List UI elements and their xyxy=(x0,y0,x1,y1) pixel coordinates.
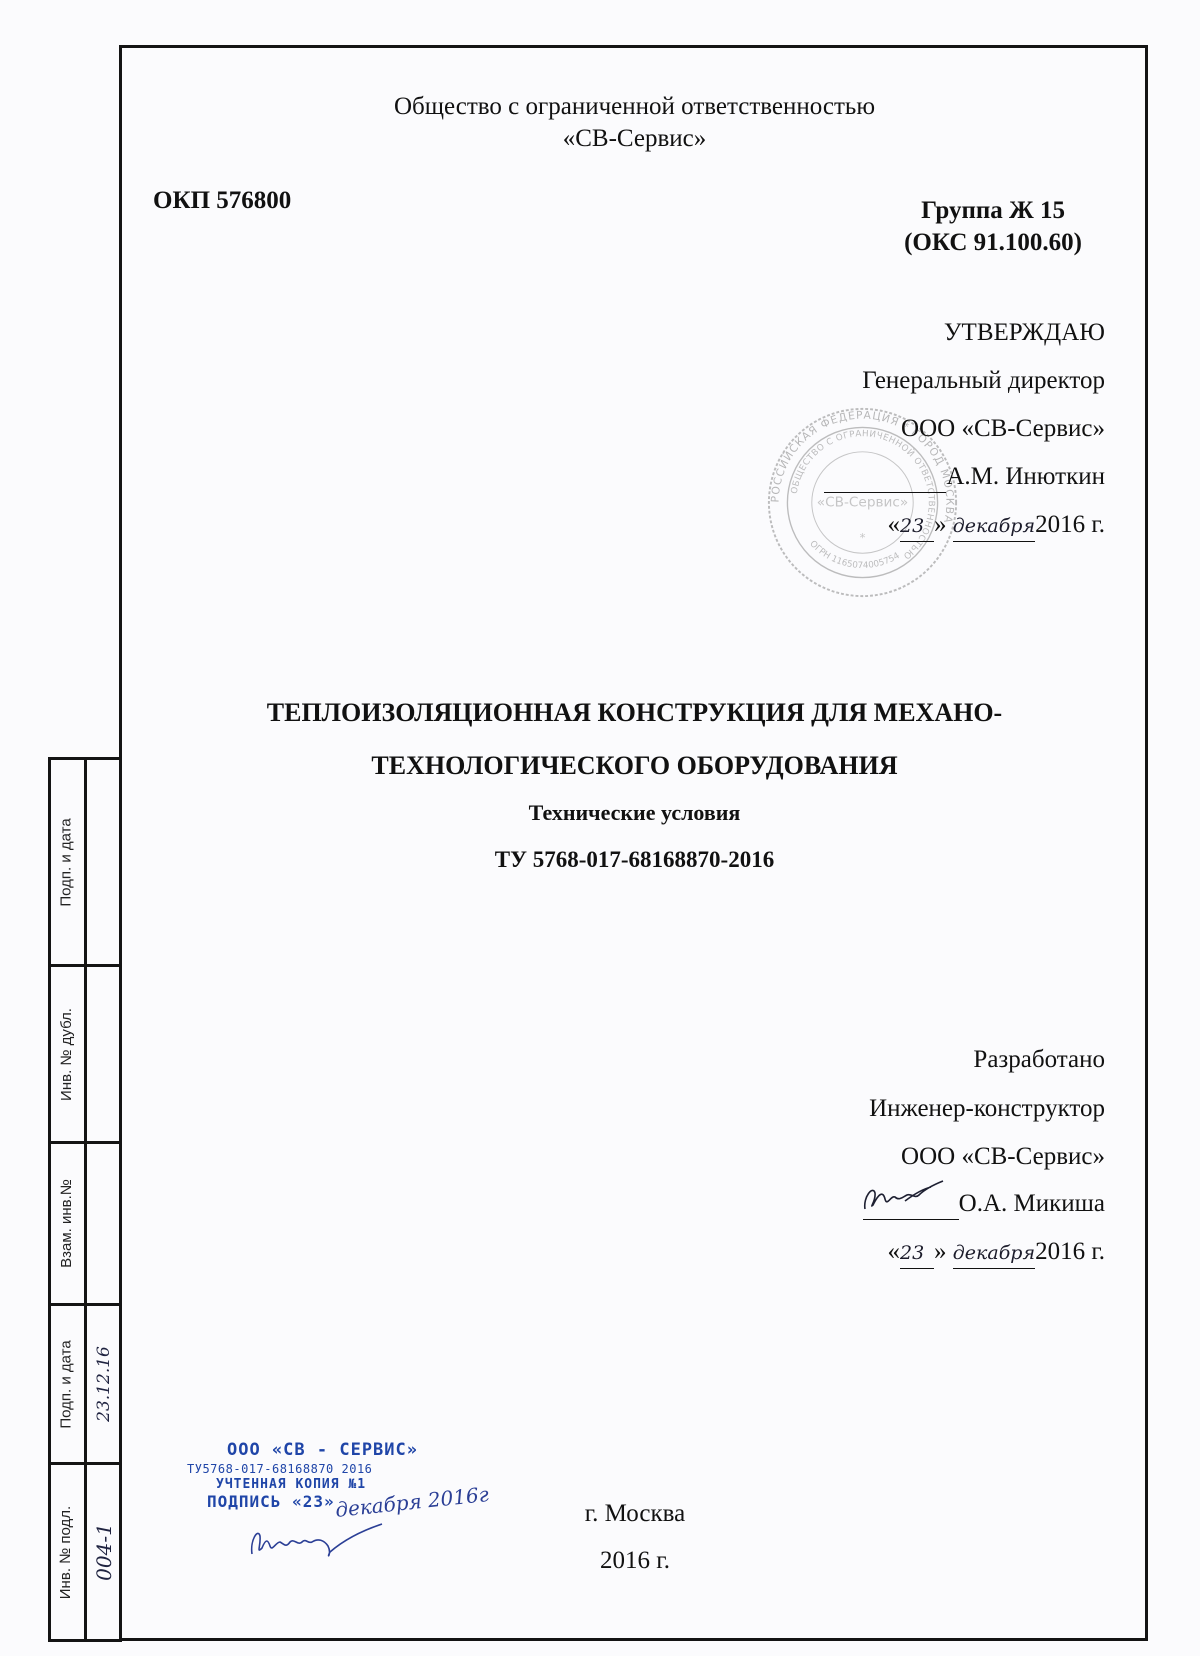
side-label-replace-inv: Взам. инв.№ xyxy=(48,1144,84,1303)
developed-date: «23» декабря2016 г. xyxy=(888,1237,1106,1269)
approver-name: А.М. Инюткин xyxy=(946,463,1105,490)
svg-text:ОГРН 1165074005754: ОГРН 1165074005754 xyxy=(807,539,902,571)
quote-close: » xyxy=(934,511,947,538)
side-value-sign-date-2: 23.12.16 xyxy=(87,1306,120,1462)
developed-date-day: 23 xyxy=(900,1238,934,1269)
approver-position: Генеральный директор xyxy=(862,366,1105,396)
side-value-dup-inv xyxy=(87,967,120,1141)
document-title-line2: ТЕХНОЛОГИЧЕСКОГО ОБОРУДОВАНИЯ xyxy=(120,751,1149,781)
developer-signature-line: О.А. Микиша xyxy=(863,1189,1105,1220)
group-code: Группа Ж 15 xyxy=(904,195,1082,227)
developed-date-month: декабря xyxy=(953,1238,1035,1269)
developer-company: ООО «СВ-Сервис» xyxy=(901,1142,1105,1172)
organization-name-line2: «СВ-Сервис» xyxy=(120,124,1149,154)
document-subtitle: Технические условия xyxy=(120,800,1149,826)
seal-star: * xyxy=(860,531,866,545)
document-code: ТУ 5768-017-68168870-2016 xyxy=(120,847,1149,873)
blue-stamp-signature-label: ПОДПИСЬ «23» xyxy=(207,1492,335,1511)
approval-heading: УТВЕРЖДАЮ xyxy=(944,318,1105,348)
developer-name: О.А. Микиша xyxy=(959,1190,1105,1217)
developed-date-year: 2016 г. xyxy=(1035,1238,1105,1265)
approver-signature-line: А.М. Инюткин xyxy=(824,462,1105,493)
developed-heading: Разработано xyxy=(973,1045,1105,1075)
side-value-orig-inv: 004-1 xyxy=(87,1465,120,1639)
city: г. Москва xyxy=(560,1500,710,1528)
approval-date-month: декабря xyxy=(953,511,1035,542)
quote-open: « xyxy=(888,511,901,538)
approval-date-year: 2016 г. xyxy=(1035,511,1105,538)
year: 2016 г. xyxy=(560,1547,710,1575)
blue-stamp-copy: УЧТЕННАЯ КОПИЯ №1 xyxy=(216,1477,366,1492)
developer-position: Инженер-конструктор xyxy=(869,1094,1105,1124)
side-value-sign-date-1 xyxy=(87,760,120,964)
group-classification: Группа Ж 15 (ОКС 91.100.60) xyxy=(904,195,1082,259)
quote-open: « xyxy=(888,1238,901,1265)
approver-company: ООО «СВ-Сервис» xyxy=(901,414,1105,444)
signature-blank xyxy=(824,462,946,493)
blue-stamp-code: ТУ5768-017-68168870 2016 xyxy=(187,1462,372,1476)
blue-stamp-company: ООО «СВ - СЕРВИС» xyxy=(227,1440,418,1460)
developer-signature xyxy=(863,1189,959,1220)
seal-center-text: «СВ-Сервис» xyxy=(817,494,908,510)
quote-close: » xyxy=(934,1238,947,1265)
approval-date: «23» декабря2016 г. xyxy=(888,510,1106,542)
side-value-replace-inv xyxy=(87,1144,120,1303)
approval-date-day: 23 xyxy=(900,511,934,542)
side-label-sign-date-1: Подп. и дата xyxy=(48,760,84,964)
side-label-dup-inv: Инв. № дубл. xyxy=(48,967,84,1141)
organization-name-line1: Общество с ограниченной ответственностью xyxy=(120,92,1149,122)
side-label-orig-inv: Инв. № подл. xyxy=(48,1465,84,1639)
oks-code: (ОКС 91.100.60) xyxy=(904,227,1082,259)
okp-code: ОКП 576800 xyxy=(153,187,291,215)
side-label-sign-date-2: Подп. и дата xyxy=(48,1306,84,1462)
signature-scribble-icon xyxy=(859,1179,959,1215)
document-title-line1: ТЕПЛОИЗОЛЯЦИОННАЯ КОНСТРУКЦИЯ ДЛЯ МЕХАНО… xyxy=(120,698,1149,728)
seal-bottom-text: ОГРН 1165074005754 xyxy=(807,539,902,571)
page-frame xyxy=(119,45,1148,1641)
blue-stamp-signature-icon xyxy=(246,1518,386,1563)
